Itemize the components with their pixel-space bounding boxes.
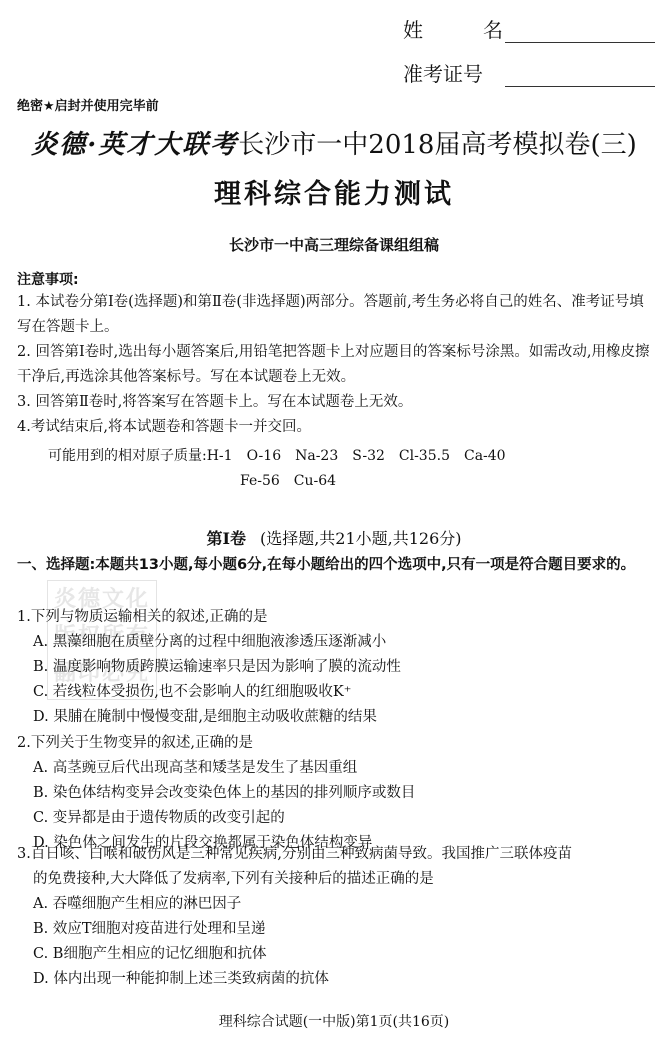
exam-title-rest: 长沙市一中2018届高考模拟卷(三) xyxy=(238,130,636,160)
question-stem-continued: 的免费接种,大大降低了发病率,下列有关接种后的描述正确的是 xyxy=(17,867,657,892)
subtitle: 长沙市一中高三理综备课组组稿 xyxy=(0,234,668,255)
option-d: D. 体内出现一种能抑制上述三类致病菌的抗体 xyxy=(17,967,657,992)
atomic-masses: 可能用到的相对原子质量:H-1 O-16 Na-23 S-32 Cl-35.5 … xyxy=(48,444,648,494)
option-c: C. 变异都是由于遗传物质的改变引起的 xyxy=(17,806,657,831)
part-title-note: (选择题,共21小题,共126分) xyxy=(260,529,462,548)
secret-notice: 绝密★启封并使用完毕前 xyxy=(17,95,159,114)
exam-id-label: 准考证号 xyxy=(403,58,503,87)
exam-id-blank-line[interactable] xyxy=(505,64,655,87)
name-label-char-1: 姓 xyxy=(403,14,423,43)
notice-item: 3. 回答第Ⅱ卷时,将答案写在答题卡上。写在本试题卷上无效。 xyxy=(17,390,657,415)
exam-id-field: 准考证号 xyxy=(403,58,655,87)
name-label-char-2: 名 xyxy=(483,14,503,43)
question-stem: 1.下列与物质运输相关的叙述,正确的是 xyxy=(17,609,267,625)
part-title-main: 第Ⅰ卷 xyxy=(206,529,246,548)
exam-brand: 炎德·英才大联考 xyxy=(31,130,238,160)
question-2: 2.下列关于生物变异的叙述,正确的是 A. 高茎豌豆后代出现高茎和矮茎是发生了基… xyxy=(17,731,657,856)
notice-item: 1. 本试卷分第Ⅰ卷(选择题)和第Ⅱ卷(非选择题)两部分。答题前,考生务必将自己… xyxy=(17,290,657,340)
option-c: C. 若线粒体受损伤,也不会影响人的红细胞吸收K⁺ xyxy=(17,680,657,705)
option-a: A. 黑藻细胞在质壁分离的过程中细胞液渗透压逐渐减小 xyxy=(17,630,657,655)
option-c: C. B细胞产生相应的记忆细胞和抗体 xyxy=(17,942,657,967)
name-field: 姓 名 xyxy=(403,14,655,43)
page-title: 理科综合能力测试 xyxy=(0,172,668,211)
option-d: D. 果脯在腌制中慢慢变甜,是细胞主动吸收蔗糖的结果 xyxy=(17,705,657,730)
atomic-masses-line-1: 可能用到的相对原子质量:H-1 O-16 Na-23 S-32 Cl-35.5 … xyxy=(48,448,506,464)
section-heading: 一、选择题:本题共13小题,每小题6分,在每小题给出的四个选项中,只有一项是符合… xyxy=(17,553,657,578)
name-label: 姓 名 xyxy=(403,14,503,43)
question-stem: 3.百日咳、白喉和破伤风是三种常见疾病,分别由三种致病菌导致。我国推广三联体疫苗 xyxy=(17,846,572,862)
option-b: B. 效应T细胞对疫苗进行处理和呈递 xyxy=(17,917,657,942)
question-3: 3.百日咳、白喉和破伤风是三种常见疾病,分别由三种致病菌导致。我国推广三联体疫苗… xyxy=(17,842,657,992)
atomic-masses-line-2: Fe-56 Cu-64 xyxy=(48,469,648,494)
question-stem: 2.下列关于生物变异的叙述,正确的是 xyxy=(17,735,253,751)
notice-item: 2. 回答第Ⅰ卷时,选出每小题答案后,用铅笔把答题卡上对应题目的答案标号涂黑。如… xyxy=(17,340,657,390)
notice-item: 4.考试结束后,将本试题卷和答题卡一并交回。 xyxy=(17,415,657,440)
option-a: A. 高茎豌豆后代出现高茎和矮茎是发生了基因重组 xyxy=(17,756,657,781)
exam-title: 炎德·英才大联考长沙市一中2018届高考模拟卷(三) xyxy=(0,124,668,161)
part-title: 第Ⅰ卷(选择题,共21小题,共126分) xyxy=(0,526,668,549)
question-1: 1.下列与物质运输相关的叙述,正确的是 A. 黑藻细胞在质壁分离的过程中细胞液渗… xyxy=(17,605,657,730)
page-footer: 理科综合试题(一中版)第1页(共16页) xyxy=(0,1011,668,1031)
option-b: B. 温度影响物质跨膜运输速率只是因为影响了膜的流动性 xyxy=(17,655,657,680)
name-blank-line[interactable] xyxy=(505,20,655,43)
option-a: A. 吞噬细胞产生相应的淋巴因子 xyxy=(17,892,657,917)
option-b: B. 染色体结构变异会改变染色体上的基因的排列顺序或数目 xyxy=(17,781,657,806)
